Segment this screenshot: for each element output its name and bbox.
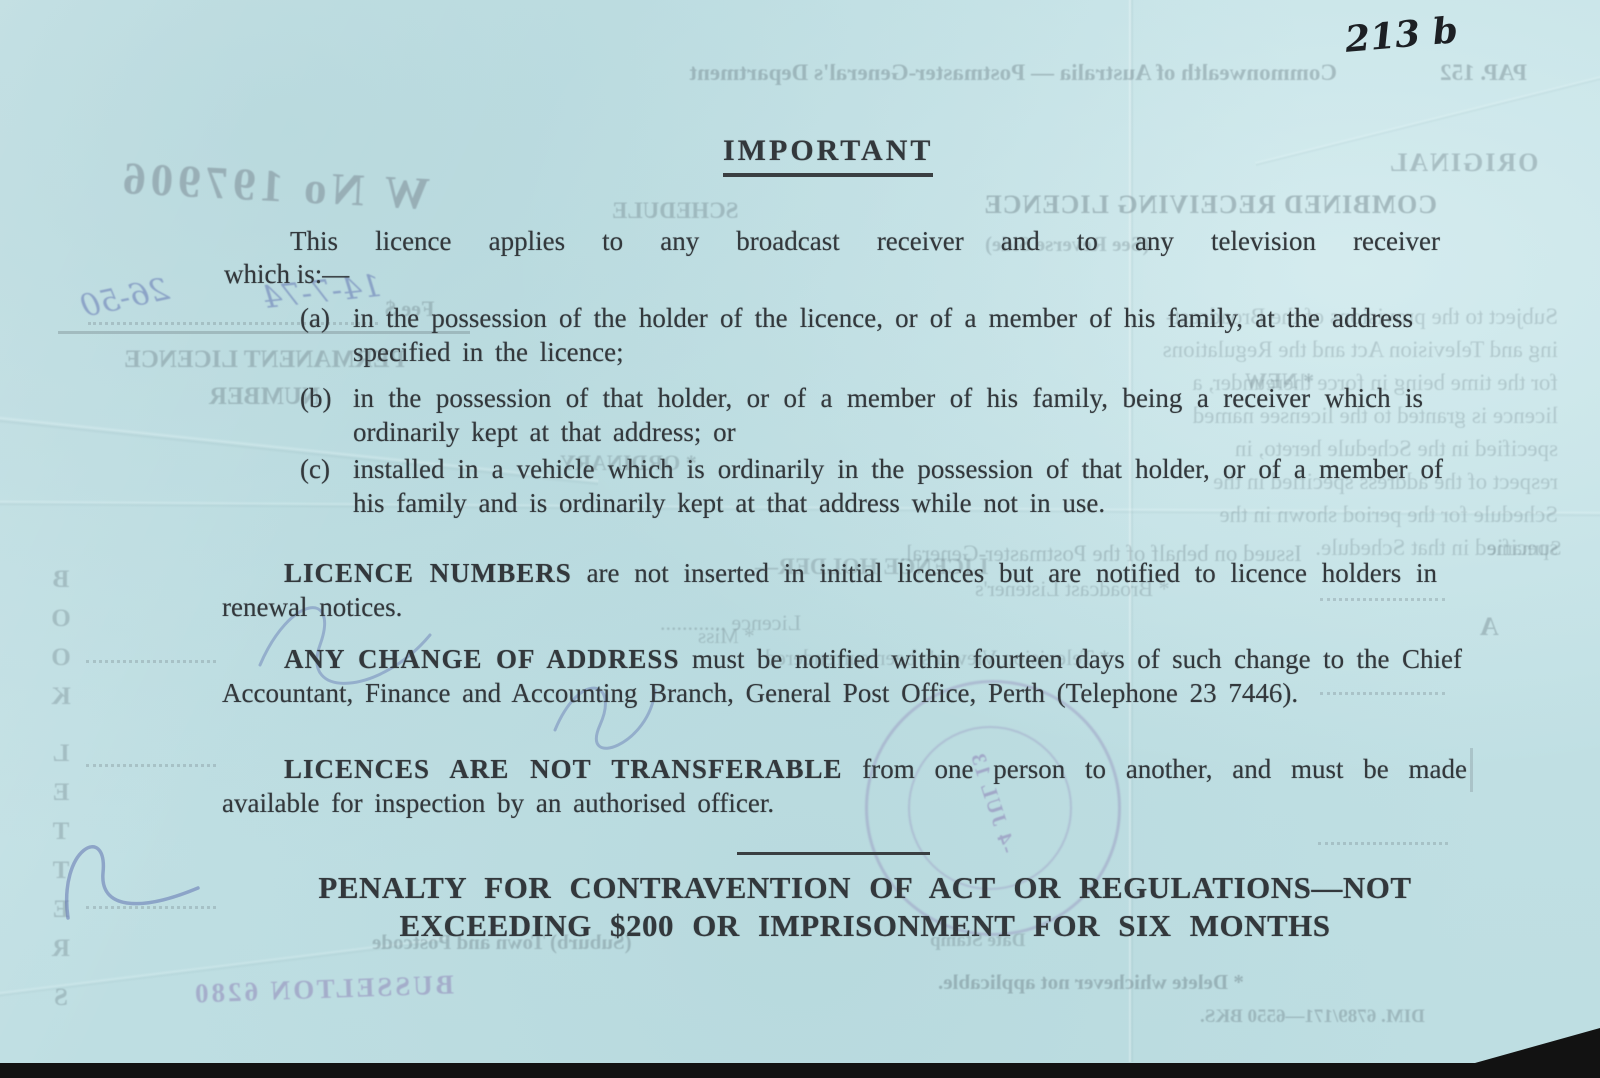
bleed-vertical-letters: B O O K L E T T E R S [44, 566, 78, 1012]
item-text-a: in the possession of the holder of the l… [353, 301, 1413, 369]
item-label-a: (a) [300, 301, 330, 335]
bleed-vertical-letter: E [53, 779, 70, 807]
bleed-vertical-letter: L [53, 740, 70, 768]
penalty-line-1: PENALTY FOR CONTRAVENTION OF ACT OR REGU… [180, 870, 1550, 906]
bleed-dotted-line [1318, 842, 1448, 845]
bleed-dept-line: Commonwealth of Australia — Postmaster-G… [292, 60, 1337, 86]
item-label-c: (c) [300, 452, 330, 486]
licence-numbers-lead: LICENCE NUMBERS [284, 558, 572, 588]
intro-line-1: This licence applies to any broadcast re… [290, 224, 1440, 258]
bleed-dotted-line [86, 764, 216, 767]
bleed-vertical-letter: K [51, 683, 70, 711]
bleed-delete-note: * Delete whichever not applicable. [938, 970, 1244, 995]
bleed-vertical-letter: S [54, 984, 68, 1012]
item-text-b: in the possession of that holder, or of … [353, 381, 1423, 449]
bleed-form-code: PAP. 152 [1382, 60, 1527, 86]
licence-numbers-paragraph: LICENCE NUMBERS are not inserted in init… [222, 556, 1437, 624]
bleed-schedule-label: SCHEDULE [612, 198, 739, 224]
bleed-vertical-letter: O [51, 605, 70, 633]
bleed-licence-title: COMBINED RECEIVING LICENCE [862, 190, 1437, 220]
scanned-licence-document: Commonwealth of Australia — Postmaster-G… [0, 0, 1600, 1078]
transferable-paragraph: LICENCES ARE NOT TRANSFERABLE from one p… [222, 752, 1467, 820]
bleed-surname-label: Surname [1487, 536, 1562, 561]
bleed-dotted-line [86, 660, 216, 663]
notice-heading: IMPORTANT [723, 134, 933, 177]
bleed-original-label: ORIGINAL [1388, 148, 1538, 178]
bleed-vertical-letter: B [53, 566, 70, 594]
intro-line-2: which is:— [224, 257, 349, 291]
change-address-paragraph: ANY CHANGE OF ADDRESS must be notified w… [222, 642, 1462, 710]
bleed-print-code: DIM. 6789/171—6550 BKS. [1200, 1006, 1425, 1028]
bleed-dotted-line-fee [88, 322, 378, 325]
bleed-vertical-letter: O [51, 644, 70, 672]
penalty-separator-rule [737, 852, 930, 855]
bleed-a-mark: A [1480, 612, 1499, 642]
change-address-lead: ANY CHANGE OF ADDRESS [284, 644, 679, 674]
bleed-vertical-letter: R [52, 935, 70, 963]
bleed-vertical-tick [1470, 748, 1473, 792]
item-text-c: installed in a vehicle which is ordinari… [353, 452, 1443, 520]
scan-edge-bottom [0, 1063, 1600, 1078]
penalty-line-2: EXCEEDING $200 OR IMPRISONMENT FOR SIX M… [180, 908, 1550, 944]
item-label-b: (b) [300, 381, 331, 415]
transferable-lead: LICENCES ARE NOT TRANSFERABLE [284, 754, 842, 784]
